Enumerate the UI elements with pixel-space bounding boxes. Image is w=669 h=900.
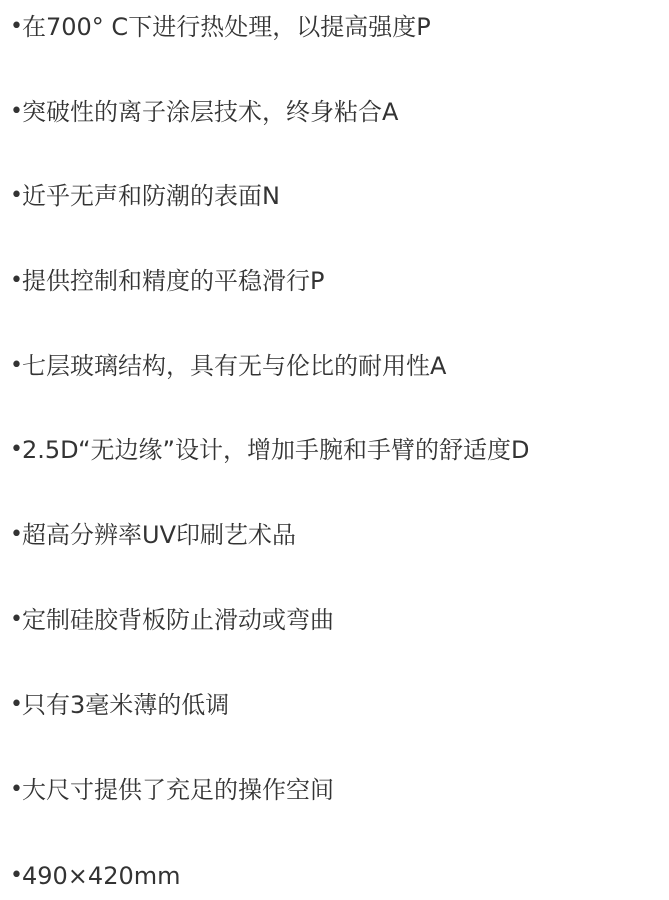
feature-item: •七层玻璃结构，具有无与伦比的耐用性A [10, 348, 446, 384]
feature-text: 定制硅胶背板防止滑动或弯曲 [22, 602, 334, 638]
bullet-icon: • [10, 772, 22, 808]
feature-item: •近乎无声和防潮的表面N [10, 178, 280, 214]
bullet-icon: • [10, 858, 22, 894]
feature-text: 在700° C下进行热处理，以提高强度P [22, 9, 431, 45]
feature-item: •只有3毫米薄的低调 [10, 687, 229, 723]
bullet-icon: • [10, 432, 22, 468]
feature-text: 只有3毫米薄的低调 [22, 687, 229, 723]
feature-text: 突破性的离子涂层技术，终身粘合A [22, 94, 398, 130]
feature-item: •突破性的离子涂层技术，终身粘合A [10, 94, 398, 130]
feature-text: 七层玻璃结构，具有无与伦比的耐用性A [22, 348, 446, 384]
feature-item: •定制硅胶背板防止滑动或弯曲 [10, 602, 334, 638]
feature-item: •2.5D“无边缘”设计，增加手腕和手臂的舒适度D [10, 432, 529, 468]
feature-text: 2.5D“无边缘”设计，增加手腕和手臂的舒适度D [22, 432, 529, 468]
feature-text: 近乎无声和防潮的表面N [22, 178, 280, 214]
bullet-icon: • [10, 348, 22, 384]
feature-text: 490×420mm [22, 858, 180, 894]
feature-item: •大尺寸提供了充足的操作空间 [10, 772, 334, 808]
bullet-icon: • [10, 687, 22, 723]
bullet-icon: • [10, 94, 22, 130]
feature-item: •在700° C下进行热处理，以提高强度P [10, 9, 431, 45]
feature-text: 超高分辨率UV印刷艺术品 [22, 517, 296, 553]
feature-item: •490×420mm [10, 858, 180, 894]
feature-text: 提供控制和精度的平稳滑行P [22, 263, 324, 299]
bullet-icon: • [10, 517, 22, 553]
feature-text: 大尺寸提供了充足的操作空间 [22, 772, 334, 808]
bullet-icon: • [10, 178, 22, 214]
feature-item: •提供控制和精度的平稳滑行P [10, 263, 324, 299]
bullet-icon: • [10, 9, 22, 45]
bullet-icon: • [10, 263, 22, 299]
bullet-icon: • [10, 602, 22, 638]
feature-item: •超高分辨率UV印刷艺术品 [10, 517, 296, 553]
